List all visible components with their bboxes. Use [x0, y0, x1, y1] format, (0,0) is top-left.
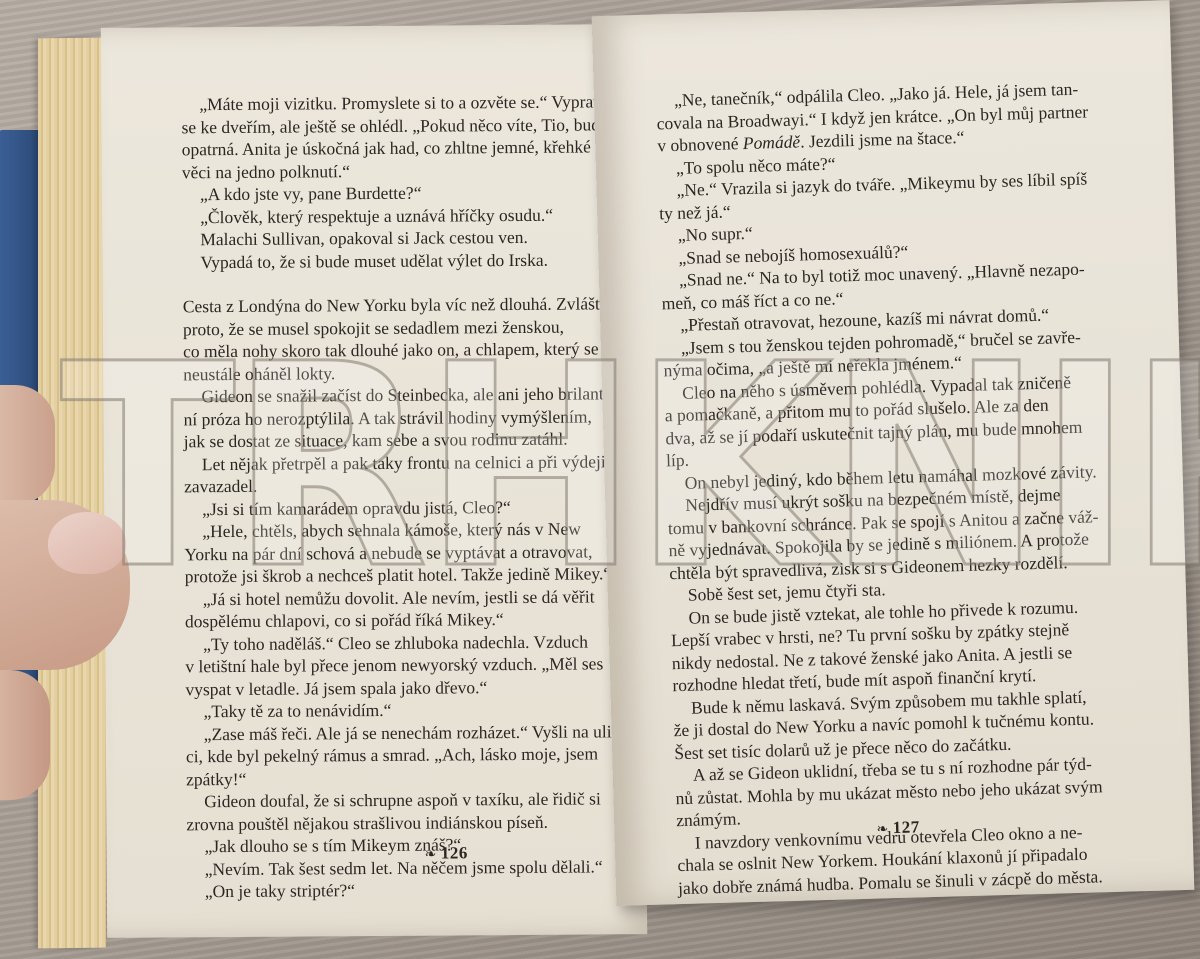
text-line: „A kdo jste vy, pane Burdette?“ — [182, 180, 602, 205]
text-line: protože jsi škrob a nechceš platit hotel… — [185, 562, 605, 587]
text-line: vyspat v letadle. Já jsem spala jako dře… — [185, 675, 605, 700]
text-line: Vypadá to, že si bude muset udělat výlet… — [182, 248, 602, 273]
text-line: Gideon doufal, že si schrupne aspoň v ta… — [186, 787, 606, 812]
text-line: „Ty toho naděláš.“ Cleo se zhluboka nade… — [185, 630, 605, 655]
text-line: Gideon se snažil začíst do Steinbecka, a… — [183, 382, 603, 407]
left-page-text: „Máte moji vizitku. Promyslete si to a o… — [181, 90, 607, 902]
thumb-nail — [48, 512, 126, 574]
left-page: „Máte moji vizitku. Promyslete si to a o… — [101, 24, 647, 938]
text-line: ci, kde byl pekelný rámus a smrad. „Ach,… — [186, 742, 606, 767]
text-line: „Jak dlouho se s tím Mikeym znáš?“ — [186, 832, 606, 857]
text-line: zavazadel. — [184, 472, 604, 497]
text-line: „Jsi si tím kamarádem opravdu jistá, Cle… — [184, 495, 604, 520]
text-line: ní próza ho nerozptýlila. A tak strávil … — [183, 405, 603, 430]
text-line: opatrná. Anita je úskočná jak had, co zh… — [182, 135, 602, 160]
text-line: „Člověk, který respektuje a uznává hříčk… — [182, 203, 602, 228]
text-line: proto, že se musel spokojit se sedadlem … — [183, 315, 603, 340]
text-line: neustále oháněl lokty. — [183, 360, 603, 385]
text-line: „Hele, chtěls, abych sehnala kámoše, kte… — [184, 517, 604, 542]
text-line: Let nějak přetrpěl a pak taky frontu na … — [184, 450, 604, 475]
text-line: zrovna pouštěl nějakou strašlivou indián… — [186, 810, 606, 835]
right-page-number: ❧127 — [876, 817, 920, 838]
text-line: Cesta z Londýna do New Yorku byla víc ne… — [183, 292, 603, 317]
text-line: „Nevím. Tak šest sedm let. Na něčem jsme… — [187, 855, 607, 880]
text-line: v letištní hale byl přece jenom newyorsk… — [185, 652, 605, 677]
text-line: „Máte moji vizitku. Promyslete si to a o… — [181, 90, 601, 115]
right-page: „Ne, tanečník,“ odpálila Cleo. „Jako já.… — [592, 0, 1195, 906]
text-line: „Já si hotel nemůžu dovolit. Ale nevím, … — [185, 585, 605, 610]
right-page-number-value: 127 — [892, 817, 920, 837]
text-line: Malachi Sullivan, opakoval si Jack cesto… — [182, 225, 602, 250]
text-line: co měla nohy skoro tak dlouhé jako on, a… — [183, 337, 603, 362]
text-line: „On je taky striptér?“ — [187, 877, 607, 902]
hand-finger-lower — [0, 670, 50, 800]
left-page-number-value: 126 — [441, 843, 468, 862]
hand-finger — [0, 385, 55, 505]
text-line: zpátky!“ — [186, 765, 606, 790]
text-line: jak se dostat ze situace, kam sebe a svo… — [184, 427, 604, 452]
italic-title: Pomádě — [743, 131, 801, 153]
left-page-number: ❧126 — [425, 843, 468, 863]
text-line: věci na jedno polknutí.“ — [182, 158, 602, 183]
text-line — [183, 270, 603, 295]
text-line: dospělému chlapovi, co si pořád říká Mik… — [185, 607, 605, 632]
text-line: „Zase máš řeči. Ale já se nenechám rozhá… — [186, 720, 606, 745]
fleuron-icon: ❧ — [876, 822, 889, 837]
text-line: se ke dveřím, ale ještě se ohlédl. „Poku… — [181, 113, 601, 138]
text-line: „Taky tě za to nenávidím.“ — [186, 697, 606, 722]
text-line: Yorku na pár dní schová a nebude se vypt… — [184, 540, 604, 565]
right-page-text: „Ne, tanečník,“ odpálila Cleo. „Jako já.… — [656, 77, 1130, 899]
book-page-edges — [38, 38, 106, 949]
fleuron-icon: ❧ — [425, 848, 437, 863]
